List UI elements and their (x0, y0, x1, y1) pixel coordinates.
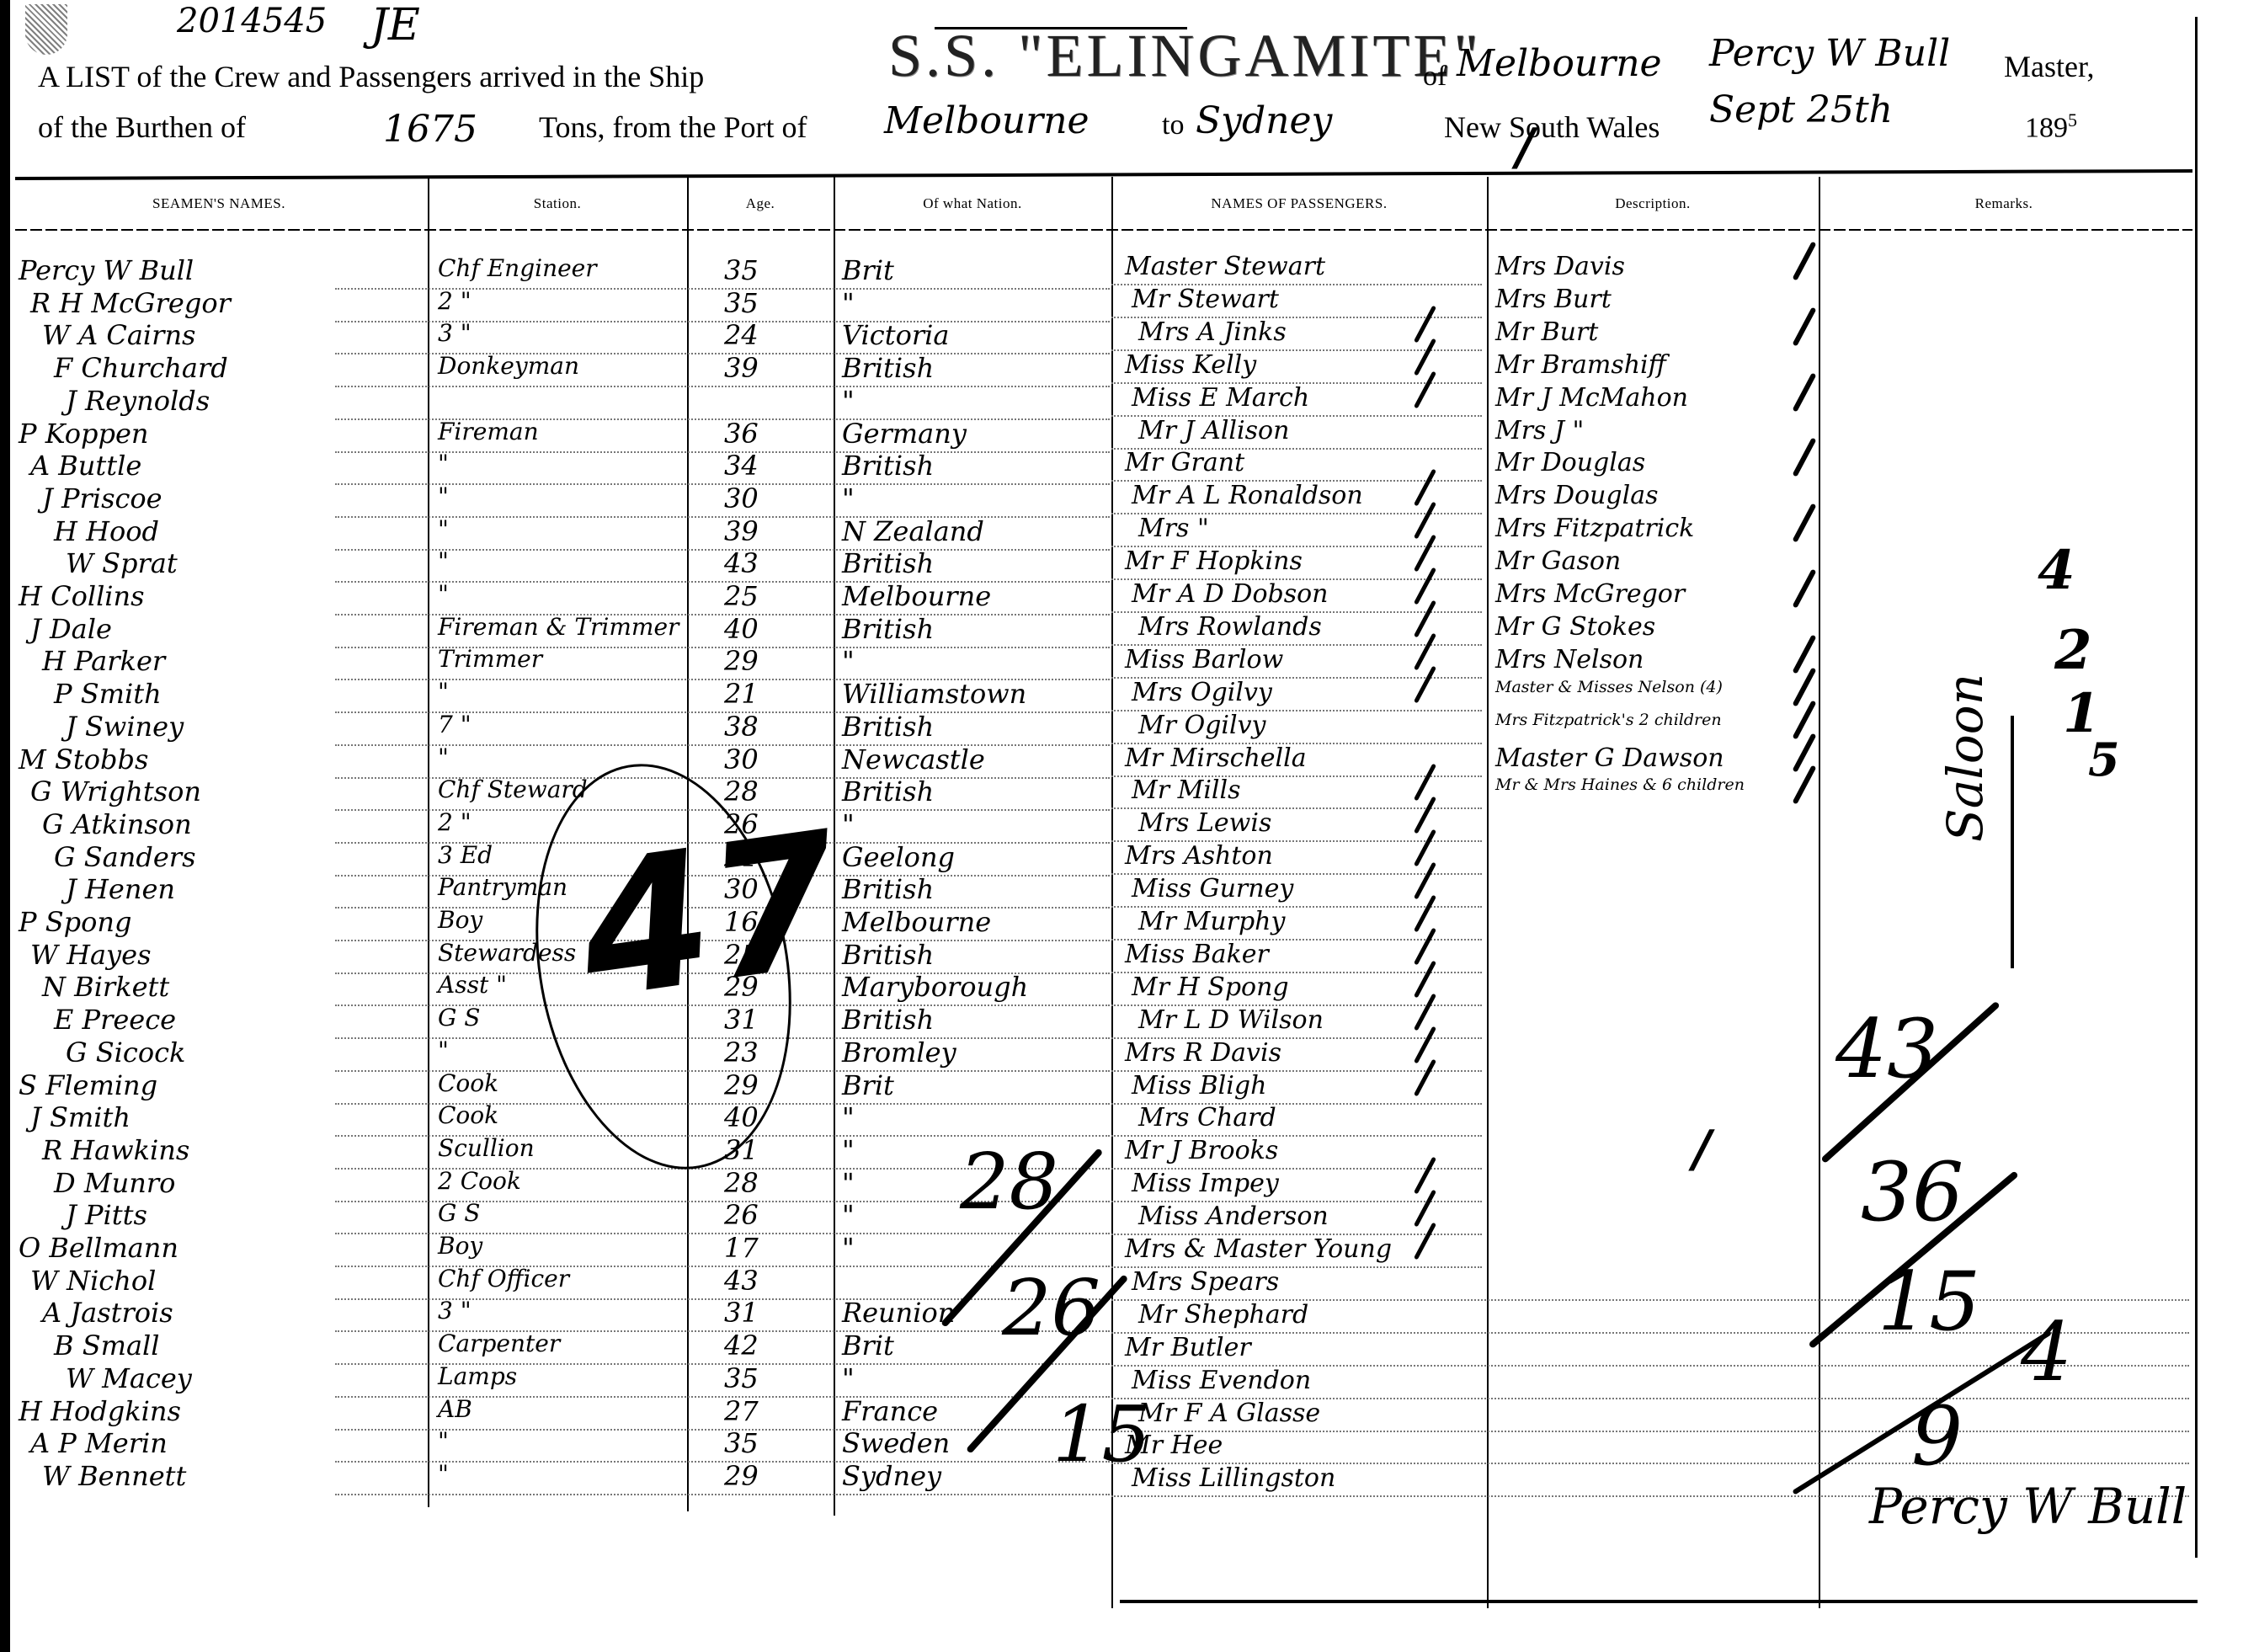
crew-age: 26 (724, 1199, 759, 1231)
crew-age: 39 (724, 352, 759, 384)
crew-age: 43 (724, 1265, 759, 1297)
crew-row: J DaleFireman & Trimmer40British (15, 620, 1111, 652)
crew-age: 27 (724, 1395, 759, 1427)
passenger-name: Mrs Ogilvy (1132, 678, 1272, 707)
crew-nation: British (842, 1004, 934, 1036)
crew-nation: " (842, 808, 855, 840)
crew-station: 3 " (438, 1297, 472, 1324)
crew-count-circled: 47 (567, 791, 853, 1041)
crew-station: Trimmer (438, 645, 542, 673)
crew-nation: British (842, 711, 934, 743)
crew-nation: British (842, 613, 934, 645)
struck-count: 15 (1052, 1389, 1151, 1479)
crew-name: G Wrightson (30, 775, 201, 807)
crew-age: 29 (724, 1460, 759, 1492)
passenger-name: Miss E March (1132, 383, 1309, 413)
passenger-name: Mr Butler (1125, 1333, 1251, 1362)
master-label: Master, (2004, 49, 2095, 84)
crew-station: " (438, 678, 449, 706)
passenger-name: Miss Kelly (1125, 350, 1256, 380)
row-rule (335, 1494, 1110, 1496)
passenger-description: Mrs McGregor (1495, 579, 1685, 609)
passenger-name: Mrs Rowlands (1138, 612, 1322, 642)
saloon-underline (2011, 716, 2014, 968)
passenger-name: Miss Anderson (1138, 1202, 1329, 1231)
master-signature: Percy W Bull (1869, 1478, 2187, 1535)
crew-name: J Priscoe (42, 482, 162, 514)
passenger-name: Mr A L Ronaldson (1132, 481, 1363, 510)
crew-station: G S (438, 1004, 480, 1031)
ship-name: S.S. "ELINGAMITE" (888, 21, 1482, 91)
from-port: Melbourne (884, 99, 1090, 142)
colony-label: New South Wales (1444, 109, 1660, 145)
crew-name: W Hayes (30, 939, 151, 971)
passenger-description: Master & Misses Nelson (4) (1495, 678, 1723, 696)
passenger-description: Mr Bramshiff (1495, 350, 1666, 380)
crew-station: Lamps (438, 1362, 517, 1390)
tonnage: 1675 (383, 108, 477, 151)
crew-name: O Bellmann (19, 1232, 178, 1264)
crew-station: " (438, 743, 449, 771)
passenger-name: Mr Murphy (1138, 907, 1285, 936)
crew-station: Scullion (438, 1134, 535, 1162)
of-label: of (1423, 61, 1446, 93)
crew-row: D Munro2 Cook28" (15, 1174, 1111, 1206)
crew-nation: British (842, 873, 934, 905)
crew-nation: Victoria (842, 319, 949, 351)
crew-age: 42 (724, 1330, 759, 1362)
crew-nation: France (842, 1395, 938, 1427)
crew-station: Chf Engineer (438, 254, 597, 282)
crew-nation: Reunion (842, 1297, 955, 1329)
class-label: Saloon (1937, 674, 1994, 842)
col-head-nation: Of what Nation. (834, 195, 1111, 212)
crew-name: H Hood (54, 515, 159, 547)
crew-name: A P Merin (30, 1427, 168, 1459)
col-head-description: Description. (1487, 195, 1819, 212)
crew-age: 30 (724, 482, 759, 514)
header-underline (15, 229, 2192, 231)
passenger-row: Miss Lillingston (1111, 1468, 1819, 1500)
col-head-station: Station. (428, 195, 687, 212)
header-line-1: A LIST of the Crew and Passengers arrive… (38, 59, 704, 94)
passenger-name: Mrs Chard (1138, 1103, 1276, 1132)
crew-age: 28 (724, 1167, 759, 1199)
to-port: Sydney (1196, 99, 1332, 142)
passenger-description: Mr G Stokes (1495, 612, 1655, 642)
passenger-description: Mr Burt (1495, 317, 1598, 347)
passenger-description: Mrs Nelson (1495, 645, 1644, 674)
crew-name: H Hodgkins (19, 1395, 181, 1427)
reference-initials: JE (370, 0, 420, 51)
col-head-seamen-names: SEAMEN'S NAMES. (51, 195, 387, 212)
crew-station: Cook (438, 1069, 498, 1097)
passenger-name: Mrs R Davis (1125, 1038, 1281, 1068)
passenger-name: Mr F Hopkins (1125, 546, 1303, 576)
tons-label: Tons, from the Port of (539, 109, 807, 145)
passenger-name: Miss Evendon (1132, 1366, 1311, 1395)
crew-age: 36 (724, 418, 759, 450)
year-prefix: 189 (2025, 112, 2068, 143)
crew-station: " (438, 580, 449, 608)
year-suffix: 5 (2068, 109, 2077, 131)
crew-nation: " (842, 1134, 855, 1166)
passenger-description: Mrs Fitzpatrick's 2 children (1495, 711, 1722, 729)
passenger-name: Miss Baker (1125, 940, 1269, 969)
crew-nation: British (842, 450, 934, 482)
passenger-description: Mrs Douglas (1495, 481, 1659, 510)
table-right-rule (2195, 17, 2198, 1558)
crew-age: 35 (724, 287, 759, 319)
passenger-name: Mr Shephard (1138, 1300, 1308, 1330)
passenger-description: Mrs Fitzpatrick (1495, 514, 1694, 543)
crew-station: Fireman & Trimmer (438, 613, 679, 641)
crew-age: 17 (724, 1232, 759, 1264)
crew-station: 7 " (438, 711, 472, 738)
crew-row: J PittsG S26" (15, 1206, 1111, 1238)
crew-station: Cook (438, 1101, 498, 1129)
crew-station: Fireman (438, 418, 539, 445)
total-figure: 4 (2021, 1305, 2072, 1399)
passenger-name: Mr Stewart (1132, 285, 1279, 314)
crew-age: 31 (724, 1297, 759, 1329)
crew-station: 2 Cook (438, 1167, 521, 1195)
crew-name: B Small (54, 1330, 160, 1362)
reference-number: 2014545 (177, 2, 327, 40)
crew-age: 39 (724, 515, 759, 547)
crew-name: G Sicock (66, 1036, 185, 1068)
passenger-name: Mrs " (1138, 514, 1209, 543)
crew-station: Boy (438, 906, 482, 934)
total-figure: 43 (1835, 1002, 1938, 1096)
crew-nation: N Zealand (842, 515, 984, 547)
crew-name: W A Cairns (42, 319, 195, 351)
crew-nation: Melbourne (842, 906, 991, 938)
crew-row: R HawkinsScullion31" (15, 1141, 1111, 1173)
crew-station: " (438, 547, 449, 575)
archive-stamp (25, 4, 67, 55)
passenger-description: Mrs Burt (1495, 285, 1612, 314)
passenger-description: Master G Dawson (1495, 743, 1724, 773)
crew-name: S Fleming (19, 1069, 157, 1101)
crew-age: 43 (724, 547, 759, 579)
total-figure: 15 (1878, 1255, 1980, 1349)
tally-mark: 5 (2088, 733, 2120, 786)
crew-name: J Pitts (66, 1199, 147, 1231)
crew-name: W Macey (66, 1362, 192, 1394)
passenger-name: Miss Impey (1132, 1169, 1279, 1198)
crew-station: Carpenter (438, 1330, 560, 1357)
passenger-name: Miss Bligh (1132, 1071, 1266, 1100)
table-bottom-rule (1120, 1600, 2198, 1603)
row-rule (335, 744, 1110, 747)
passenger-name: Miss Barlow (1125, 645, 1283, 674)
crew-nation: " (842, 1167, 855, 1199)
crew-station: 2 " (438, 287, 472, 315)
crew-name: H Parker (42, 645, 165, 677)
passenger-name: Miss Lillingston (1132, 1463, 1335, 1493)
crew-station: Donkeyman (438, 352, 579, 380)
crew-age: 34 (724, 450, 759, 482)
tally-mark: 2 (2054, 619, 2092, 682)
col-head-remarks: Remarks. (1819, 195, 2189, 212)
crew-age: 21 (724, 678, 759, 710)
passenger-name: Mr J Allison (1138, 416, 1289, 445)
crew-nation: " (842, 1232, 855, 1264)
crew-name: Percy W Bull (19, 254, 194, 286)
crew-name: D Munro (54, 1167, 175, 1199)
row-rule (335, 386, 1110, 388)
passenger-name: Miss Gurney (1132, 874, 1293, 903)
header-line-2: of the Burthen of (38, 109, 246, 145)
crew-age: 24 (724, 319, 759, 351)
crew-name: J Reynolds (66, 385, 210, 417)
crew-row: S FlemingCook29Brit (15, 1076, 1111, 1108)
crew-station: G S (438, 1199, 480, 1227)
crew-name: N Birkett (42, 971, 169, 1003)
col-head-age: Age. (687, 195, 834, 212)
passenger-name: Mr Mirschella (1125, 743, 1307, 773)
passenger-name: Mr A D Dobson (1132, 579, 1328, 609)
passenger-name: Mrs Spears (1132, 1267, 1279, 1297)
passenger-description: Mrs Davis (1495, 252, 1625, 281)
crew-age: 40 (724, 613, 759, 645)
passenger-description: Mr Douglas (1495, 448, 1645, 477)
crew-name: W Sprat (66, 547, 178, 579)
crew-station: 3 Ed (438, 841, 493, 869)
crew-row: P KoppenFireman36Germany (15, 424, 1111, 456)
passenger-row: Mr A L RonaldsonMrs Douglas (1111, 486, 1819, 518)
passenger-name: Master Stewart (1125, 252, 1325, 281)
crew-nation: British (842, 775, 934, 807)
crew-row: H Hood"39N Zealand (15, 522, 1111, 554)
passenger-description: Mr & Mrs Haines & 6 children (1495, 775, 1745, 794)
crew-name: G Atkinson (42, 808, 192, 840)
crew-nation: " (842, 287, 855, 319)
crew-station: " (438, 1427, 449, 1455)
crew-age: 35 (724, 1362, 759, 1394)
crew-age: 29 (724, 645, 759, 677)
crew-station: " (438, 450, 449, 477)
crew-nation: Newcastle (842, 743, 985, 775)
crew-nation: Germany (842, 418, 967, 450)
crew-nation: Geelong (842, 841, 955, 873)
crew-station: Chf Officer (438, 1265, 569, 1292)
row-rule (335, 1429, 1110, 1431)
ship-port: Melbourne (1457, 42, 1662, 85)
crew-name: W Nichol (30, 1265, 156, 1297)
check-mark (1793, 242, 1817, 281)
passenger-name: Mrs & Master Young (1125, 1234, 1392, 1264)
passenger-name: Mr L D Wilson (1138, 1005, 1324, 1035)
crew-nation: British (842, 352, 934, 384)
row-rule (335, 483, 1110, 486)
crew-age: 25 (724, 580, 759, 612)
tick-mark: / (1692, 1120, 1711, 1179)
passenger-name: Mrs Ashton (1125, 841, 1273, 871)
crew-age: 35 (724, 1427, 759, 1459)
scan-edge (0, 0, 10, 1652)
row-rule (335, 581, 1110, 584)
passenger-name: Mr Grant (1125, 448, 1244, 477)
struck-count: 26 (1002, 1263, 1100, 1353)
tick-mark: / (1516, 118, 1534, 177)
crew-name: J Swiney (66, 711, 184, 743)
crew-row: W Bennett"29Sydney (15, 1467, 1111, 1499)
row-rule (335, 451, 1110, 454)
total-figure: 9 (1911, 1389, 1963, 1484)
crew-nation: Bromley (842, 1036, 956, 1068)
crew-station: " (438, 1036, 449, 1064)
crew-nation: Brit (842, 1330, 894, 1362)
crew-name: J Smith (30, 1101, 131, 1133)
crew-nation: Maryborough (842, 971, 1028, 1003)
crew-nation: " (842, 385, 855, 417)
crew-station: Boy (438, 1232, 482, 1260)
crew-name: E Preece (54, 1004, 176, 1036)
crew-nation: Williamstown (842, 678, 1026, 710)
crew-nation: " (842, 1101, 855, 1133)
crew-nation: " (842, 482, 855, 514)
passenger-name: Mrs Lewis (1138, 808, 1271, 838)
passenger-name: Mr F A Glasse (1138, 1399, 1320, 1428)
crew-nation: " (842, 1199, 855, 1231)
to-label: to (1162, 109, 1184, 141)
crew-name: J Henen (66, 873, 175, 905)
crew-name: J Dale (30, 613, 112, 645)
table-top-rule (15, 169, 2192, 180)
year: 1895 (2025, 109, 2077, 144)
passenger-name: Mr J Brooks (1125, 1136, 1278, 1165)
crew-nation: Brit (842, 1069, 894, 1101)
crew-name: F Churchard (54, 352, 228, 384)
crew-name: P Koppen (19, 418, 149, 450)
crew-name: R Hawkins (42, 1134, 189, 1166)
crew-nation: Melbourne (842, 580, 991, 612)
crew-age: 30 (724, 743, 759, 775)
crew-nation: Brit (842, 254, 894, 286)
crew-name: M Stobbs (19, 743, 148, 775)
crew-name: W Bennett (42, 1460, 186, 1492)
tally-mark: 4 (2038, 539, 2075, 602)
crew-station: Asst " (438, 971, 507, 999)
passenger-description: Mr J McMahon (1495, 383, 1688, 413)
crew-station: " (438, 515, 449, 543)
crew-nation: British (842, 547, 934, 579)
passenger-name: Mrs A Jinks (1138, 317, 1287, 347)
crew-name: G Sanders (54, 841, 195, 873)
crew-station: 2 " (438, 808, 472, 836)
row-rule (335, 1461, 1110, 1463)
passenger-name: Mr Ogilvy (1138, 711, 1265, 740)
crew-station: " (438, 1460, 449, 1488)
crew-nation: Sydney (842, 1460, 941, 1492)
crew-station: " (438, 482, 449, 510)
crew-name: P Smith (54, 678, 162, 710)
crew-age: 38 (724, 711, 759, 743)
crew-station: AB (438, 1395, 472, 1423)
row-rule (1111, 1431, 2189, 1433)
passenger-name: Mr H Spong (1132, 973, 1289, 1002)
row-rule (335, 516, 1110, 519)
passenger-list-document: 2014545 JE A LIST of the Crew and Passen… (0, 0, 2243, 1652)
crew-station: Chf Steward (438, 775, 588, 803)
passenger-description: Mrs J " (1495, 416, 1584, 445)
crew-age: 35 (724, 254, 759, 286)
crew-name: A Buttle (30, 450, 141, 482)
arrival-date: Sept 25th (1709, 88, 1893, 131)
row-rule (335, 549, 1110, 552)
passenger-description: Mr Gason (1495, 546, 1621, 576)
crew-name: R H McGregor (30, 287, 231, 319)
crew-nation: Sweden (842, 1427, 950, 1459)
crew-name: H Collins (19, 580, 145, 612)
crew-row: A Buttle"34British (15, 456, 1111, 488)
crew-name: A Jastrois (42, 1297, 173, 1329)
crew-nation: " (842, 645, 855, 677)
column-divider (1819, 177, 1820, 1608)
crew-name: P Spong (19, 906, 131, 938)
col-head-passengers: NAMES OF PASSENGERS. (1111, 195, 1487, 212)
crew-nation: British (842, 939, 934, 971)
crew-nation: " (842, 1362, 855, 1394)
master-name: Percy W Bull (1709, 32, 1950, 75)
crew-station: 3 " (438, 319, 472, 347)
passenger-name: Mr Mills (1132, 775, 1241, 805)
